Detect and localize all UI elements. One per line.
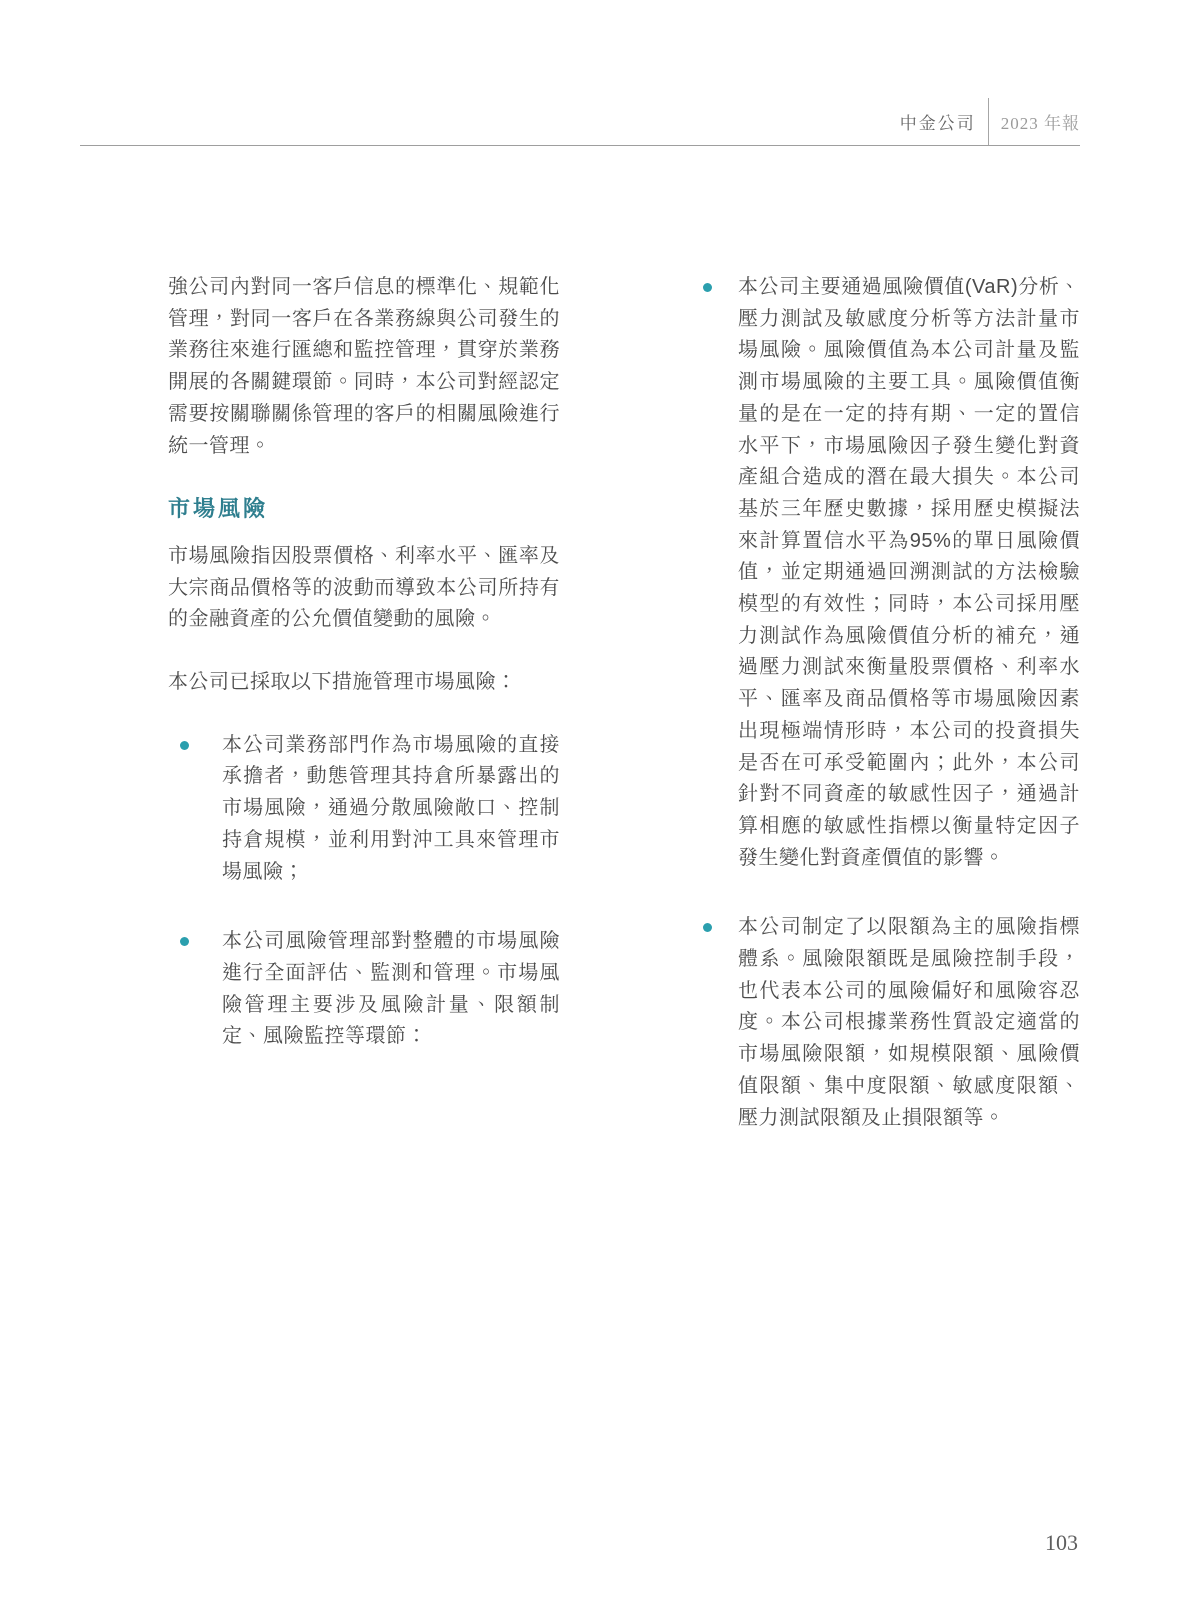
bullet-text: 本公司制定了以限額為主的風險指標體系。風險限額既是風險控制手段，也代表本公司的風…: [738, 916, 1080, 1128]
left-column: 強公司內對同一客戶信息的標準化、規範化管理，對同一客戶在各業務線與公司發生的業務…: [168, 272, 560, 1091]
bullet-item: 本公司風險管理部對整體的市場風險進行全面評估、監測和管理。市場風險管理主要涉及風…: [168, 926, 560, 1053]
report-edition: 2023 年報: [1001, 109, 1080, 134]
intro-paragraph: 強公司內對同一客戶信息的標準化、規範化管理，對同一客戶在各業務線與公司發生的業務…: [168, 272, 560, 462]
page-header: 中金公司 2023 年報: [80, 98, 1080, 145]
header-vertical-divider: [988, 98, 989, 145]
right-bullet-list: 本公司主要通過風險價值(VaR)分析、壓力測試及敏感度分析等方法計量市場風險。風…: [700, 272, 1080, 1134]
measures-intro-paragraph: 本公司已採取以下措施管理市場風險：: [168, 667, 560, 699]
bullet-text: 本公司主要通過風險價值(VaR)分析、壓力測試及敏感度分析等方法計量市場風險。風…: [738, 276, 1080, 869]
company-name: 中金公司: [900, 109, 976, 134]
header-rule: [80, 145, 1080, 146]
bullet-dot-icon: [180, 741, 189, 750]
section-heading-market-risk: 市場風險: [168, 493, 560, 525]
bullet-item: 本公司制定了以限額為主的風險指標體系。風險限額既是風險控制手段，也代表本公司的風…: [700, 912, 1080, 1134]
bullet-text: 本公司風險管理部對整體的市場風險進行全面評估、監測和管理。市場風險管理主要涉及風…: [222, 930, 560, 1047]
bullet-dot-icon: [703, 923, 712, 932]
report-page: 中金公司 2023 年報 強公司內對同一客戶信息的標準化、規範化管理，對同一客戶…: [0, 0, 1190, 1615]
page-number: 103: [80, 1530, 1078, 1556]
bullet-dot-icon: [180, 937, 189, 946]
left-bullet-list: 本公司業務部門作為市場風險的直接承擔者，動態管理其持倉所暴露出的市場風險，通過分…: [168, 730, 560, 1053]
bullet-dot-icon: [703, 283, 712, 292]
right-column: 本公司主要通過風險價值(VaR)分析、壓力測試及敏感度分析等方法計量市場風險。風…: [700, 272, 1080, 1172]
bullet-item: 本公司主要通過風險價值(VaR)分析、壓力測試及敏感度分析等方法計量市場風險。風…: [700, 272, 1080, 874]
bullet-item: 本公司業務部門作為市場風險的直接承擔者，動態管理其持倉所暴露出的市場風險，通過分…: [168, 730, 560, 889]
bullet-text: 本公司業務部門作為市場風險的直接承擔者，動態管理其持倉所暴露出的市場風險，通過分…: [222, 734, 560, 883]
market-risk-definition-paragraph: 市場風險指因股票價格、利率水平、匯率及大宗商品價格等的波動而導致本公司所持有的金…: [168, 541, 560, 636]
